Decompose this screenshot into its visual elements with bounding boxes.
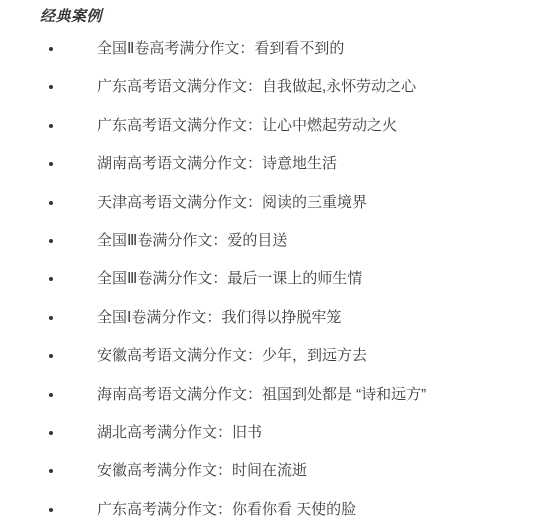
list-item: 天津高考语文满分作文：阅读的三重境界 — [0, 194, 534, 211]
bullet-dot-icon — [49, 354, 53, 358]
bullet-dot-icon — [49, 316, 53, 320]
list-item: 全国Ⅰ卷满分作文：我们得以挣脱牢笼 — [0, 309, 534, 326]
list-item-text: 全国Ⅰ卷满分作文：我们得以挣脱牢笼 — [97, 309, 341, 326]
list-item: 全国Ⅱ卷高考满分作文：看到看不到的 — [0, 40, 534, 57]
bullet-dot-icon — [49, 239, 53, 243]
bullet-dot-icon — [49, 508, 53, 512]
list-item-text: 海南高考语文满分作文：祖国到处都是 “诗和远方” — [97, 386, 426, 403]
document-page: 经典案例 全国Ⅱ卷高考满分作文：看到看不到的广东高考语文满分作文：自我做起,永怀… — [0, 8, 534, 524]
list-item-text: 全国Ⅱ卷高考满分作文：看到看不到的 — [97, 40, 344, 57]
bullet-dot-icon — [49, 85, 53, 89]
list-item-text: 湖南高考语文满分作文：诗意地生活 — [97, 155, 337, 172]
list-item: 安徽高考语文满分作文：少年，到远方去 — [0, 347, 534, 364]
list-item-text: 天津高考语文满分作文：阅读的三重境界 — [97, 194, 367, 211]
list-item: 湖南高考语文满分作文：诗意地生活 — [0, 155, 534, 172]
list-item-text: 全国Ⅲ卷满分作文：爱的目送 — [97, 232, 287, 249]
list-item-text: 广东高考语文满分作文：让心中燃起劳动之火 — [97, 117, 397, 134]
bullet-dot-icon — [49, 469, 53, 473]
case-list: 全国Ⅱ卷高考满分作文：看到看不到的广东高考语文满分作文：自我做起,永怀劳动之心广… — [0, 40, 534, 518]
list-item: 全国Ⅲ卷满分作文：爱的目送 — [0, 232, 534, 249]
bullet-dot-icon — [49, 201, 53, 205]
list-item-text: 安徽高考语文满分作文：少年，到远方去 — [97, 347, 367, 364]
list-item: 广东高考语文满分作文：让心中燃起劳动之火 — [0, 117, 534, 134]
list-item: 广东高考语文满分作文：自我做起,永怀劳动之心 — [0, 78, 534, 95]
list-item: 全国Ⅲ卷满分作文：最后一课上的师生情 — [0, 270, 534, 287]
page-title: 经典案例 — [40, 8, 534, 25]
bullet-dot-icon — [49, 124, 53, 128]
list-item-text: 安徽高考满分作文：时间在流逝 — [97, 462, 307, 479]
bullet-dot-icon — [49, 393, 53, 397]
list-item: 海南高考语文满分作文：祖国到处都是 “诗和远方” — [0, 386, 534, 403]
list-item: 湖北高考满分作文：旧书 — [0, 424, 534, 441]
bullet-dot-icon — [49, 162, 53, 166]
list-item-text: 湖北高考满分作文：旧书 — [97, 424, 262, 441]
list-item-text: 广东高考语文满分作文：自我做起,永怀劳动之心 — [97, 78, 416, 95]
list-item-text: 全国Ⅲ卷满分作文：最后一课上的师生情 — [97, 270, 362, 287]
bullet-dot-icon — [49, 277, 53, 281]
list-item-text: 广东高考满分作文：你看你看 天使的脸 — [97, 501, 356, 518]
bullet-dot-icon — [49, 431, 53, 435]
bullet-dot-icon — [49, 47, 53, 51]
list-item: 安徽高考满分作文：时间在流逝 — [0, 462, 534, 479]
list-item: 广东高考满分作文：你看你看 天使的脸 — [0, 501, 534, 518]
